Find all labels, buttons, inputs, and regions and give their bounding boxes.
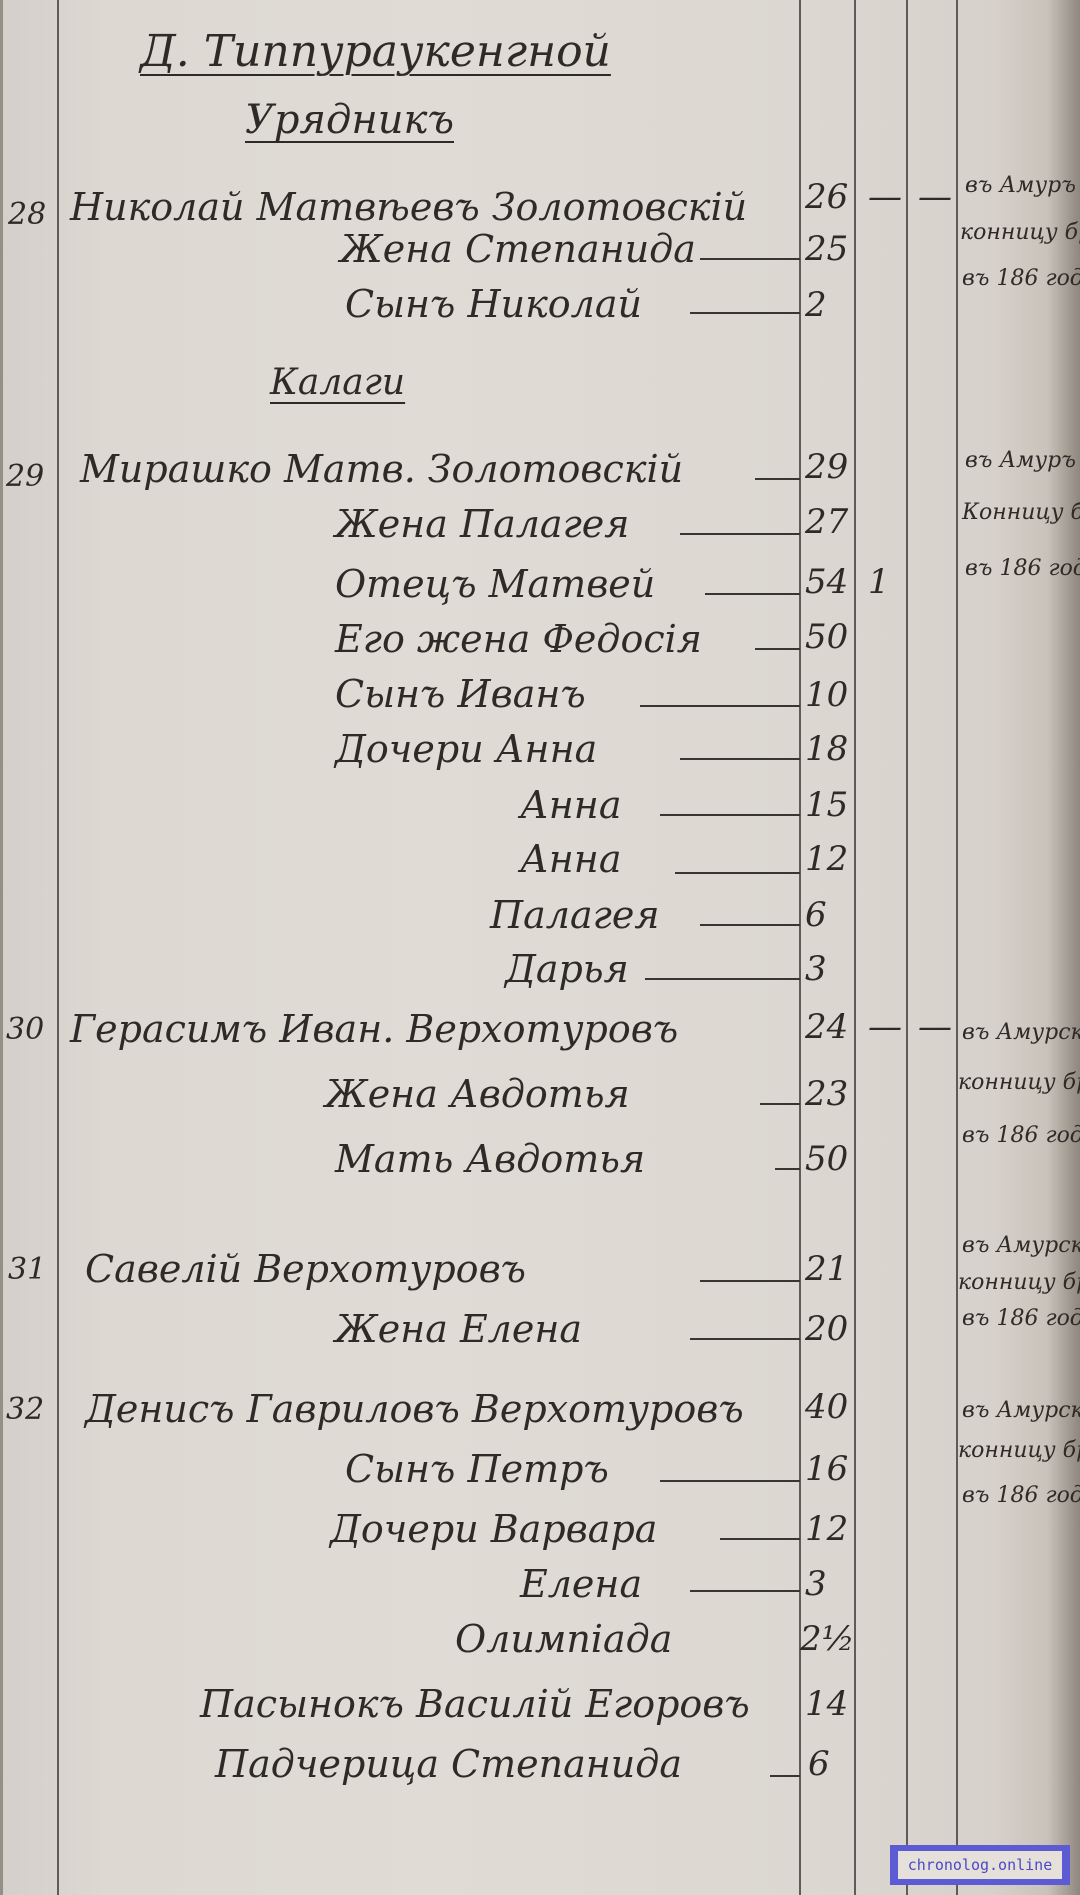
notes-column-rule [956, 0, 958, 1895]
note-line: въ 186 годъ [962, 258, 1080, 300]
family-number: 28 [8, 200, 46, 230]
note-line: Конницу бр [962, 492, 1080, 534]
member-age: 12 [805, 1512, 848, 1546]
member-age: 2 [805, 288, 827, 322]
member-name: Пасынокъ Василiй Егоровъ [200, 1685, 750, 1723]
leader-line [690, 1338, 800, 1340]
member-name: Жена Палагея [335, 505, 629, 543]
member-age: 20 [805, 1312, 848, 1346]
member-age: 40 [805, 1390, 848, 1424]
note-line: конницу бра [958, 1062, 1080, 1104]
note-line: конницу бра [960, 212, 1080, 254]
note-line: въ 186 годъ [962, 1115, 1080, 1157]
member-age: 2½ [800, 1622, 855, 1656]
leader-line [700, 924, 800, 926]
leader-line [660, 1480, 800, 1482]
member-name: Денисъ Гавриловъ Верхотуровъ [85, 1390, 744, 1428]
leader-line [640, 705, 800, 707]
member-age: 21 [805, 1252, 848, 1286]
note-line: въ Амурску [962, 1390, 1080, 1432]
col-a-mark: — [868, 1010, 902, 1044]
note-line: въ Амурску [962, 1225, 1080, 1267]
leader-line [690, 1590, 800, 1592]
estate-heading-kalagi: Калаги [270, 365, 405, 401]
margin-rule [0, 0, 3, 1895]
village-heading: Д. Типпураукенгной [140, 30, 611, 74]
col-b-mark: — [918, 1010, 952, 1044]
member-age: 15 [805, 788, 848, 822]
member-name: Сынъ Петръ [345, 1450, 609, 1488]
member-name: Герасимъ Иван. Верхотуровъ [70, 1010, 678, 1048]
leader-line [680, 533, 800, 535]
leader-line [755, 478, 800, 480]
leader-line [720, 1538, 800, 1540]
member-name: Мать Авдотья [335, 1140, 645, 1178]
member-name: Анна [520, 786, 622, 824]
member-age: 6 [808, 1747, 830, 1781]
family-number: 32 [6, 1395, 44, 1425]
member-name: Падчерица Степанида [215, 1745, 682, 1783]
member-age: 26 [805, 180, 848, 214]
member-age: 6 [805, 898, 827, 932]
member-age: 23 [805, 1077, 848, 1111]
family-number: 30 [6, 1015, 44, 1045]
leader-line [700, 1280, 800, 1282]
member-age: 18 [805, 732, 848, 766]
member-age: 29 [805, 450, 848, 484]
member-name: Дочери Варвара [330, 1510, 657, 1548]
estate-heading-uryadnik: Урядникъ [245, 100, 454, 140]
member-name: Савелiй Верхотуровъ [85, 1250, 526, 1288]
member-age: 3 [805, 952, 827, 986]
member-age: 10 [805, 678, 848, 712]
member-age: 54 [805, 565, 848, 599]
leader-line [690, 312, 800, 314]
member-age: 16 [805, 1452, 848, 1486]
family-number: 29 [6, 462, 44, 492]
member-name: Дарья [505, 950, 629, 988]
leader-line [775, 1168, 800, 1170]
col-b-mark: — [918, 180, 952, 214]
leader-line [675, 872, 800, 874]
member-name: Отецъ Матвей [335, 565, 655, 603]
member-age: 50 [805, 620, 848, 654]
number-column-rule [57, 0, 59, 1895]
note-line: въ 186 годъ [962, 1475, 1080, 1517]
col-a-rule [854, 0, 856, 1895]
note-line: въ Амурску [962, 1012, 1080, 1054]
leader-line [705, 593, 800, 595]
note-line: въ 186 годъ [962, 1298, 1080, 1340]
leader-line [700, 258, 800, 260]
member-name: Жена Елена [335, 1310, 582, 1348]
member-age: 24 [805, 1010, 848, 1044]
watermark-text: chronolog.online [898, 1851, 1062, 1879]
leader-line [680, 758, 800, 760]
note-line: въ Амуръ [965, 440, 1076, 482]
member-name: Жена Степанида [340, 230, 696, 268]
member-name: Жена Авдотья [325, 1075, 630, 1113]
member-name: Мирашко Матв. Золотовскiй [80, 450, 683, 488]
family-number: 31 [8, 1255, 46, 1285]
member-name: Николай Матвѣевъ Золотовскiй [70, 188, 747, 226]
leader-line [755, 648, 800, 650]
member-age: 27 [805, 505, 848, 539]
member-name: Дочери Анна [335, 730, 597, 768]
member-age: 14 [805, 1687, 848, 1721]
member-age: 50 [805, 1142, 848, 1176]
member-name: Сынъ Николай [345, 285, 642, 323]
member-name: Сынъ Иванъ [335, 675, 586, 713]
member-age: 3 [805, 1567, 827, 1601]
leader-line [660, 814, 800, 816]
note-line: конницу бр [958, 1430, 1080, 1472]
note-line: въ 186 годъ [965, 548, 1080, 590]
member-age: 12 [805, 842, 848, 876]
member-age: 25 [805, 232, 848, 266]
leader-line [645, 978, 800, 980]
member-name: Анна [520, 840, 622, 878]
leader-line [770, 1775, 800, 1777]
watermark-badge: chronolog.online [890, 1845, 1070, 1885]
member-name: Его жена Федосiя [335, 620, 702, 658]
note-line: въ Амуръ [965, 165, 1076, 207]
col-a-mark: 1 [868, 565, 890, 599]
col-a-mark: — [868, 180, 902, 214]
col-b-rule [906, 0, 908, 1895]
member-name: Палагея [490, 896, 660, 934]
member-name: Елена [520, 1565, 642, 1603]
member-name: Олимпiада [455, 1620, 672, 1658]
leader-line [760, 1103, 800, 1105]
age-column-rule [799, 0, 801, 1895]
